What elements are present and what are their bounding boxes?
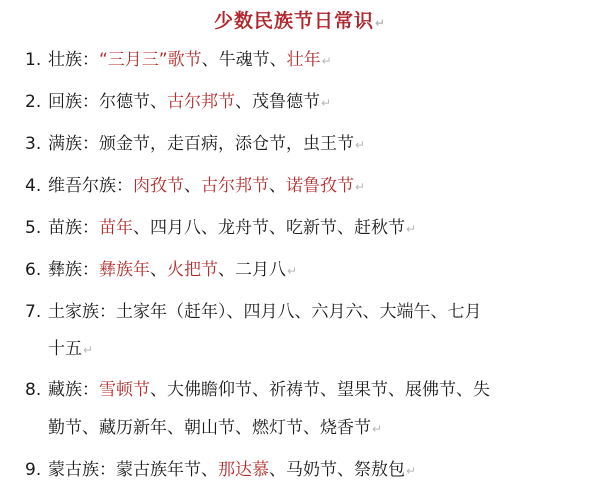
item-number: 1.: [25, 48, 48, 72]
festival-text: 、: [184, 176, 201, 196]
list-item: 8.藏族：雪顿节、大佛瞻仰节、祈祷节、望果节、展佛节、失: [25, 378, 490, 402]
item-number: 6.: [25, 258, 48, 282]
ethnic-group-label: 藏族：: [48, 380, 99, 400]
ethnic-group-label: 满族：: [48, 134, 99, 154]
list-item: 2.回族：尔德节、古尔邦节、茂鲁德节↵: [25, 90, 331, 115]
highlighted-festival: 古尔邦节: [201, 176, 269, 196]
festival-text: 蒙古族年节、: [116, 460, 218, 480]
festival-text: 勤节、藏历新年、朝山节、燃灯节、烧香节: [48, 418, 371, 438]
item-number: 2.: [25, 90, 48, 114]
highlighted-festival: 雪顿节: [99, 380, 150, 400]
paragraph-mark-icon: ↵: [406, 464, 416, 478]
list-item-continuation: 勤节、藏历新年、朝山节、燃灯节、烧香节↵: [48, 416, 382, 441]
ethnic-group-label: 土家族：: [48, 302, 116, 322]
item-number: 3.: [25, 132, 48, 156]
highlighted-festival: 诺鲁孜节: [286, 176, 354, 196]
paragraph-mark-icon: ↵: [355, 138, 365, 152]
ethnic-group-label: 回族：: [48, 92, 99, 112]
title-text: 少数民族节日常识: [214, 10, 374, 32]
document-title: 少数民族节日常识↵: [0, 6, 600, 33]
list-item-continuation: 十五↵: [48, 337, 93, 362]
festival-text: 颁金节，走百病，添仓节，虫王节: [99, 134, 354, 154]
festival-text: 、: [269, 176, 286, 196]
item-number: 7.: [25, 300, 48, 324]
highlighted-festival: 彝族年: [99, 260, 150, 280]
festival-text: 、牛魂节、: [202, 50, 287, 70]
list-item: 4.维吾尔族：肉孜节、古尔邦节、诺鲁孜节↵: [25, 174, 365, 199]
festival-text: 、茂鲁德节: [235, 92, 320, 112]
festival-text: 、四月八、龙舟节、吃新节、赶秋节: [133, 218, 405, 238]
highlighted-festival: 苗年: [99, 218, 133, 238]
paragraph-mark-icon: ↵: [321, 96, 331, 110]
ethnic-group-label: 维吾尔族：: [48, 176, 133, 196]
paragraph-mark-icon: ↵: [355, 180, 365, 194]
highlighted-festival: 古尔邦节: [167, 92, 235, 112]
festival-text: 、二月八: [218, 260, 286, 280]
highlighted-festival: 肉孜节: [133, 176, 184, 196]
paragraph-mark-icon: ↵: [406, 222, 416, 236]
item-number: 9.: [25, 458, 48, 482]
paragraph-mark-icon: ↵: [83, 343, 93, 357]
paragraph-mark-icon: ↵: [322, 54, 332, 68]
list-item: 7.土家族：土家年（赶年）、四月八、六月六、大端午、七月: [25, 300, 482, 324]
ethnic-group-label: 壮族：: [48, 50, 99, 70]
festival-text: 土家年（赶年）、四月八、六月六、大端午、七月: [116, 302, 482, 322]
festival-text: 尔德节、: [99, 92, 167, 112]
item-number: 5.: [25, 216, 48, 240]
item-number: 8.: [25, 378, 48, 402]
list-item: 5.苗族：苗年、四月八、龙舟节、吃新节、赶秋节↵: [25, 216, 416, 241]
paragraph-mark-icon: ↵: [375, 16, 386, 30]
list-item: 6.彝族：彝族年、火把节、二月八↵: [25, 258, 297, 283]
festival-text: 、大佛瞻仰节、祈祷节、望果节、展佛节、失: [150, 380, 490, 400]
list-item: 3.满族：颁金节，走百病，添仓节，虫王节↵: [25, 132, 365, 157]
item-number: 4.: [25, 174, 48, 198]
highlighted-festival: 火把节: [167, 260, 218, 280]
festival-text: 、: [150, 260, 167, 280]
paragraph-mark-icon: ↵: [372, 422, 382, 436]
festival-text: 十五: [48, 339, 82, 359]
highlighted-festival: 那达慕: [218, 460, 269, 480]
list-item: 1.壮族：“三月三”歌节、牛魂节、壮年↵: [25, 48, 332, 73]
ethnic-group-label: 苗族：: [48, 218, 99, 238]
festival-text: 、马奶节、祭敖包: [269, 460, 405, 480]
highlighted-festival: “三月三”歌节: [99, 50, 202, 70]
highlighted-festival: 壮年: [287, 50, 321, 70]
list-item: 9.蒙古族：蒙古族年节、那达慕、马奶节、祭敖包↵: [25, 458, 416, 483]
paragraph-mark-icon: ↵: [287, 264, 297, 278]
ethnic-group-label: 蒙古族：: [48, 460, 116, 480]
ethnic-group-label: 彝族：: [48, 260, 99, 280]
